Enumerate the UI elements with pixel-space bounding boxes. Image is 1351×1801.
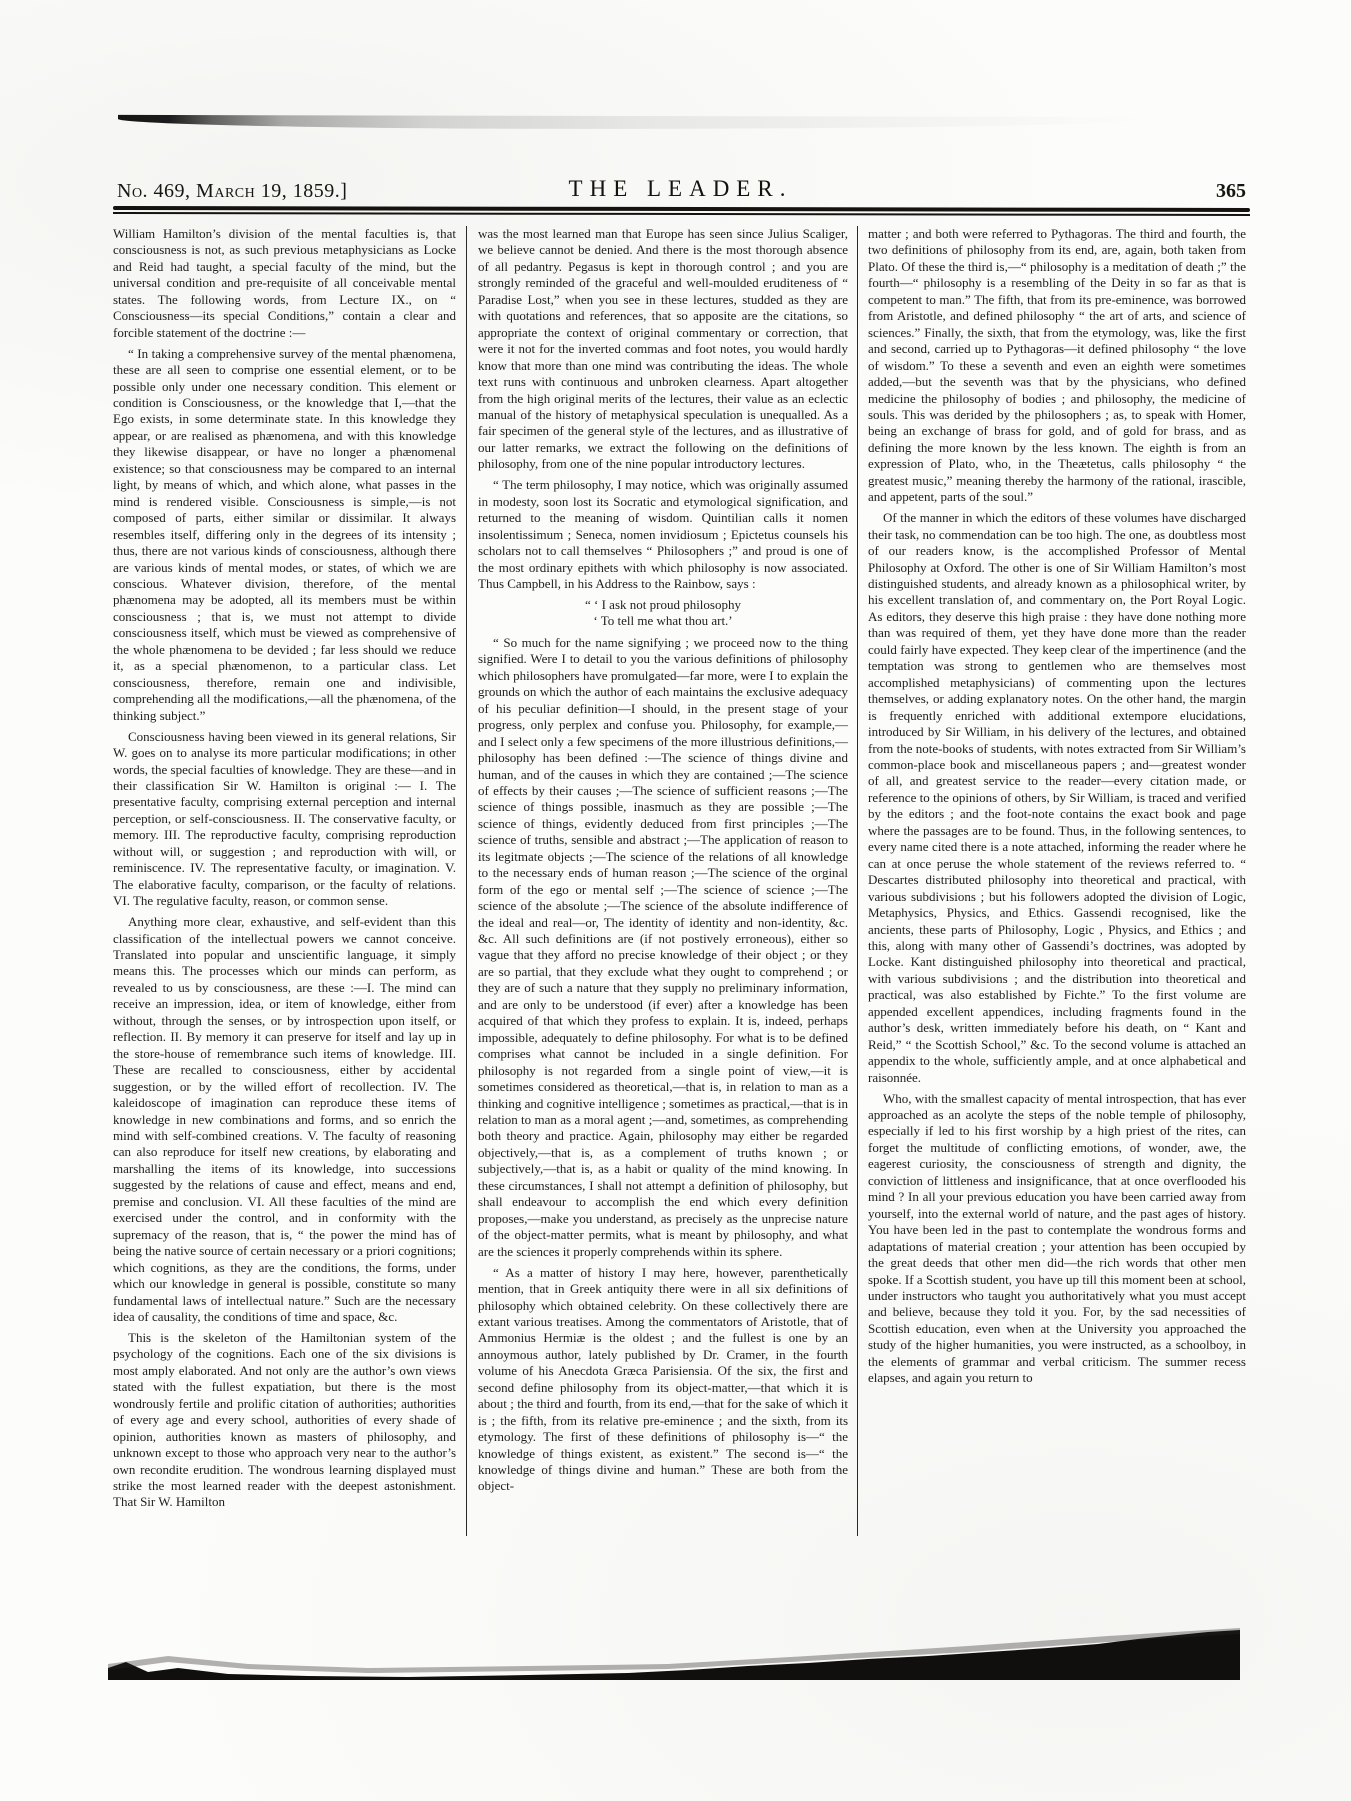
masthead-title: THE LEADER. xyxy=(113,176,1248,202)
column-1: William Hamilton’s division of the menta… xyxy=(113,226,466,1536)
paragraph: “ The term philosophy, I may notice, whi… xyxy=(478,477,848,592)
scan-smudge-top xyxy=(118,115,1153,130)
paragraph: Who, with the smallest capacity of menta… xyxy=(868,1091,1246,1387)
page-header: No. 469, March 19, 1859.] THE LEADER. 36… xyxy=(113,173,1248,203)
header-rule xyxy=(113,206,1250,216)
paragraph: This is the skeleton of the Hamiltonian … xyxy=(113,1330,456,1511)
article-body: William Hamilton’s division of the menta… xyxy=(113,226,1248,1536)
column-2: was the most learned man that Europe has… xyxy=(466,226,857,1536)
page-number: 365 xyxy=(1216,180,1246,203)
paragraph: Anything more clear, exhaustive, and sel… xyxy=(113,914,456,1325)
paragraph: “ As a matter of history I may here, how… xyxy=(478,1265,848,1495)
paragraph: matter ; and both were referred to Pytha… xyxy=(868,226,1246,506)
paragraph: Of the manner in which the editors of th… xyxy=(868,510,1246,1086)
column-3: matter ; and both were referred to Pytha… xyxy=(857,226,1248,1536)
header-rule-thin xyxy=(113,212,1250,216)
paragraph: “ So much for the name signifying ; we p… xyxy=(478,635,848,1260)
newspaper-page: { "page": { "issue_number": "No. 469, Ma… xyxy=(0,0,1351,1801)
paragraph: “ In taking a comprehensive survey of th… xyxy=(113,346,456,724)
header-rule-thick xyxy=(113,206,1250,212)
paragraph: Consciousness having been viewed in its … xyxy=(113,729,456,910)
scan-smudge-bottom xyxy=(108,1628,1240,1690)
paragraph: William Hamilton’s division of the menta… xyxy=(113,226,456,341)
smudge-shape xyxy=(108,1628,1240,1690)
verse-quote: “ ‘ I ask not proud philosophy ‘ To tell… xyxy=(478,597,848,630)
paragraph: was the most learned man that Europe has… xyxy=(478,226,848,473)
